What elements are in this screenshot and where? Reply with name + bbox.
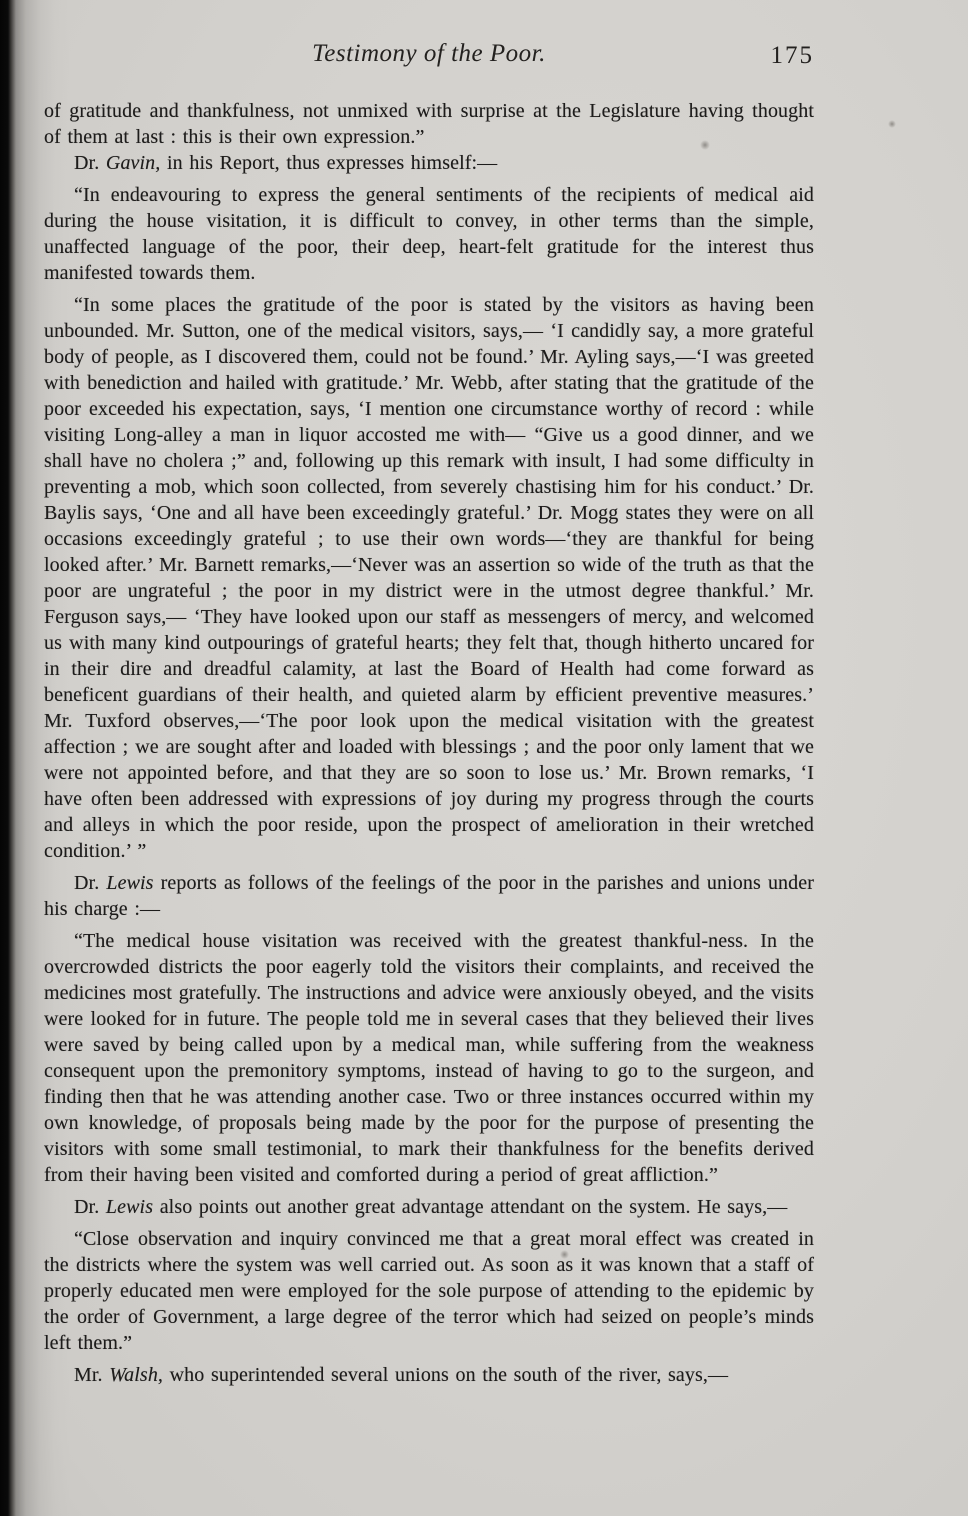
text-run: also points out another great advantage … — [153, 1196, 787, 1218]
paragraph-gavin-quote-1: “In endeavouring to express the general … — [44, 182, 814, 286]
book-page-scan: Testimony of the Poor. 175 of gratitude … — [0, 0, 968, 1516]
text-run: of gratitude and thankfulness, not unmix… — [44, 100, 814, 148]
paragraph-dr-lewis-intro: Dr. Lewis reports as follows of the feel… — [44, 870, 814, 922]
paragraph-lewis-second-quote: “Close observation and inquiry convinced… — [44, 1226, 814, 1356]
text-run: “In some places the gratitude of the poo… — [44, 294, 814, 862]
text-run: reports as follows of the feelings of th… — [44, 872, 814, 920]
text-run: Dr. — [74, 872, 106, 894]
paragraph-continuation: of gratitude and thankfulness, not unmix… — [44, 98, 814, 150]
text-run-italic: Gavin, — [106, 152, 160, 174]
paragraph-gavin-quote-2: “In some places the gratitude of the poo… — [44, 292, 814, 864]
text-run-italic: Lewis — [106, 872, 153, 894]
running-head-title: Testimony of the Poor. — [44, 40, 814, 68]
text-run-italic: Lewis — [106, 1196, 153, 1218]
paragraph-mr-walsh-intro: Mr. Walsh, who superintended several uni… — [44, 1362, 814, 1388]
text-run: Dr. — [74, 1196, 106, 1218]
text-run: Dr. — [74, 152, 106, 174]
paragraph-lewis-quote: “The medical house visitation was receiv… — [44, 928, 814, 1188]
page-content: Testimony of the Poor. 175 of gratitude … — [0, 0, 968, 1388]
text-run-italic: Walsh, — [109, 1364, 163, 1386]
paragraph-dr-gavin-intro: Dr. Gavin, in his Report, thus expresses… — [44, 150, 814, 176]
page-header: Testimony of the Poor. 175 — [44, 40, 814, 80]
text-run: “Close observation and inquiry convinced… — [44, 1228, 814, 1354]
text-run: Mr. — [74, 1364, 109, 1386]
paragraph-dr-lewis-second-intro: Dr. Lewis also points out another great … — [44, 1194, 814, 1220]
text-run: in his Report, thus expresses himself:— — [160, 152, 497, 174]
page-number: 175 — [771, 42, 815, 70]
text-run: “In endeavouring to express the general … — [44, 184, 814, 284]
text-run: “The medical house visitation was receiv… — [44, 930, 814, 1186]
text-run: who superintended several unions on the … — [163, 1364, 728, 1386]
